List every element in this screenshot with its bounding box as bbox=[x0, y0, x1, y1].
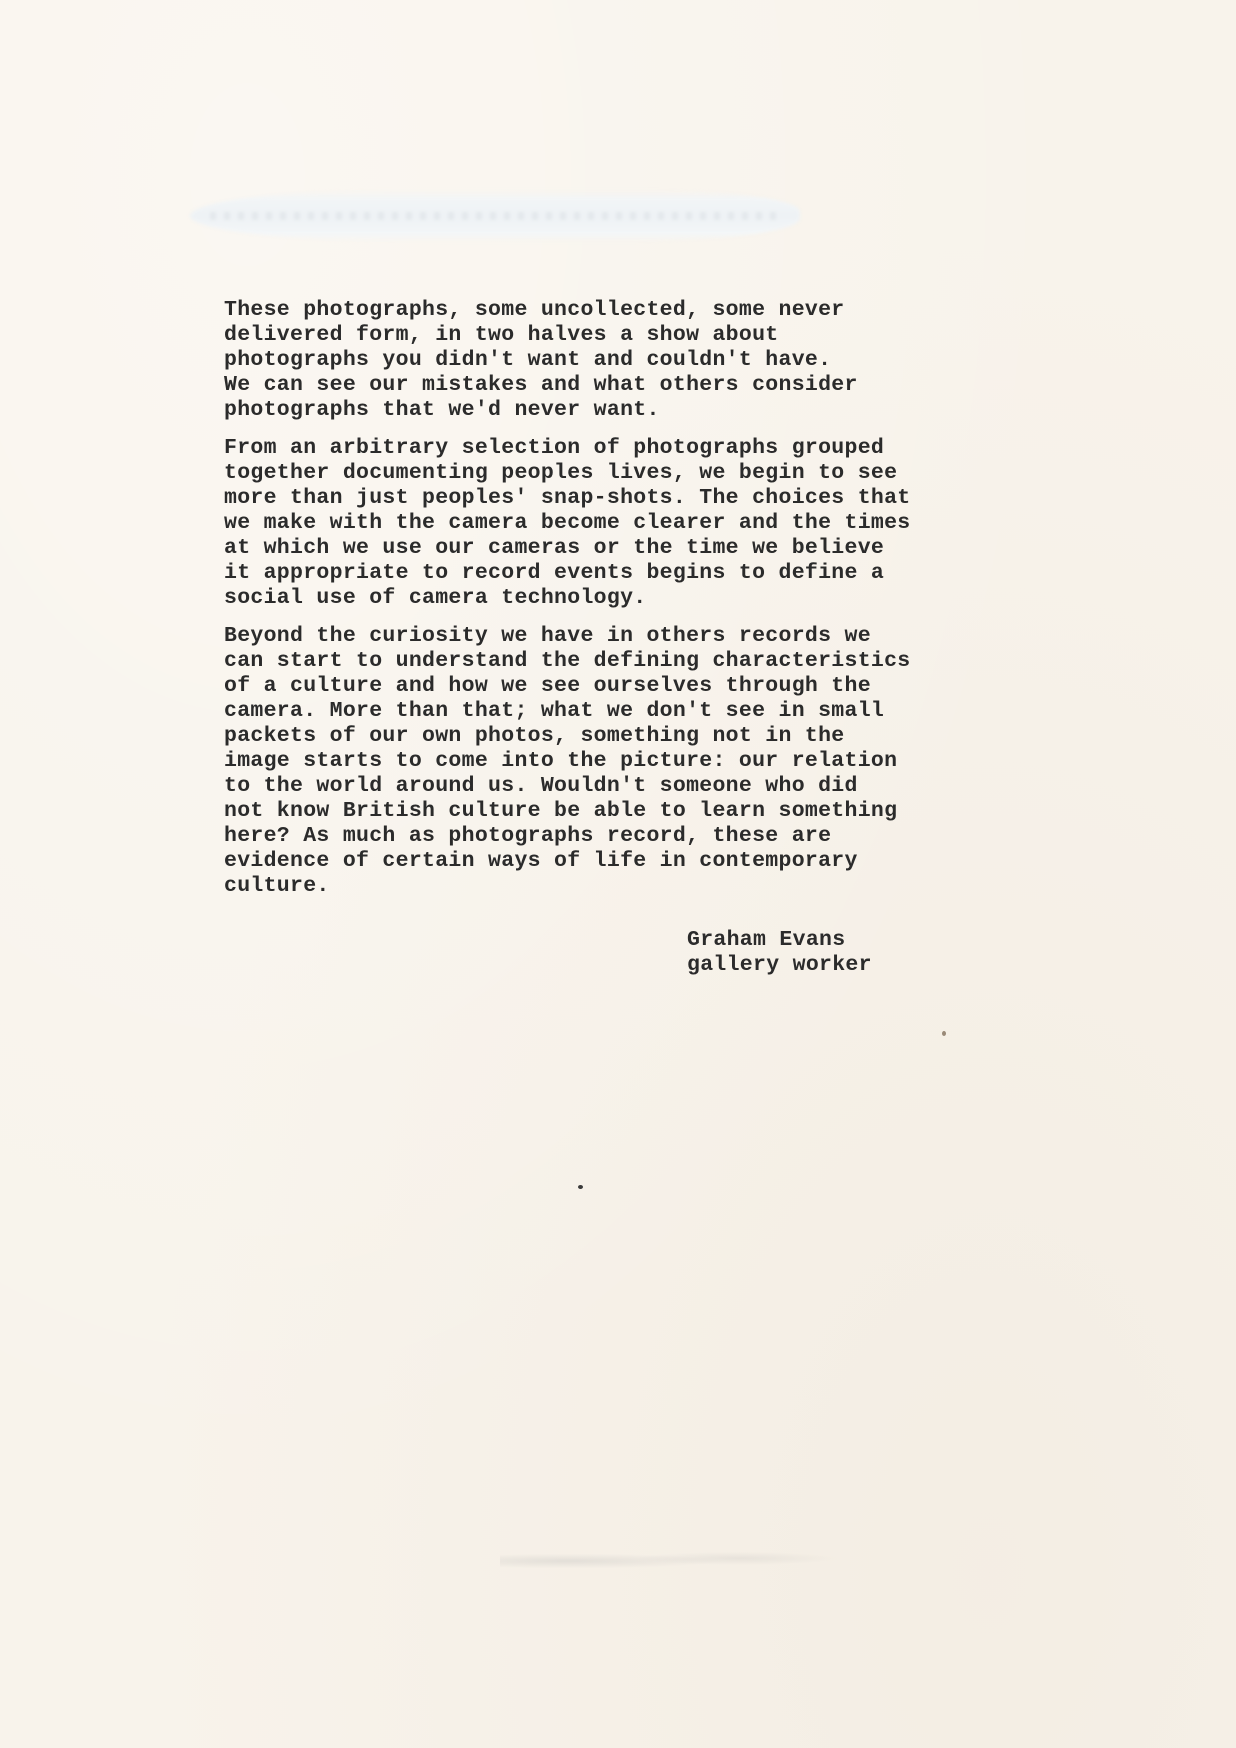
text-line: can start to understand the defining cha… bbox=[224, 649, 911, 673]
signature-name: Graham Evans bbox=[687, 928, 845, 952]
text-line: image starts to come into the picture: o… bbox=[224, 749, 897, 773]
paragraph-2: From an arbitrary selection of photograp… bbox=[224, 436, 1044, 611]
text-line: it appropriate to record events begins t… bbox=[224, 561, 884, 585]
text-line: We can see our mistakes and what others … bbox=[224, 373, 858, 397]
text-line: From an arbitrary selection of photograp… bbox=[224, 436, 884, 460]
typewritten-page: These photographs, some uncollected, som… bbox=[0, 0, 1236, 1748]
paper-smudge bbox=[500, 1548, 840, 1574]
text-line: social use of camera technology. bbox=[224, 586, 646, 610]
text-line: we make with the camera become clearer a… bbox=[224, 511, 911, 535]
text-line: not know British culture be able to lear… bbox=[224, 799, 897, 823]
text-line: Beyond the curiosity we have in others r… bbox=[224, 624, 871, 648]
text-line: here? As much as photographs record, the… bbox=[224, 824, 831, 848]
text-line: of a culture and how we see ourselves th… bbox=[224, 674, 871, 698]
paragraph-1: These photographs, some uncollected, som… bbox=[224, 298, 1044, 423]
text-line: at which we use our cameras or the time … bbox=[224, 536, 884, 560]
text-line: photographs that we'd never want. bbox=[224, 398, 660, 422]
text-line: evidence of certain ways of life in cont… bbox=[224, 849, 858, 873]
text-line: more than just peoples' snap-shots. The … bbox=[224, 486, 911, 510]
ink-speck bbox=[578, 1185, 583, 1189]
text-line: culture. bbox=[224, 874, 330, 898]
text-line: camera. More than that; what we don't se… bbox=[224, 699, 884, 723]
document-body: These photographs, some uncollected, som… bbox=[224, 298, 1044, 912]
paragraph-3: Beyond the curiosity we have in others r… bbox=[224, 624, 1044, 899]
signature-block: Graham Evans gallery worker bbox=[687, 928, 872, 978]
text-line: delivered form, in two halves a show abo… bbox=[224, 323, 779, 347]
text-line: These photographs, some uncollected, som… bbox=[224, 298, 845, 322]
text-line: together documenting peoples lives, we b… bbox=[224, 461, 897, 485]
paper-speck bbox=[942, 1031, 946, 1036]
text-line: to the world around us. Wouldn't someone… bbox=[224, 774, 858, 798]
signature-role: gallery worker bbox=[687, 953, 872, 977]
text-line: packets of our own photos, something not… bbox=[224, 724, 845, 748]
correction-fluid-redaction bbox=[190, 190, 800, 242]
text-line: photographs you didn't want and couldn't… bbox=[224, 348, 831, 372]
